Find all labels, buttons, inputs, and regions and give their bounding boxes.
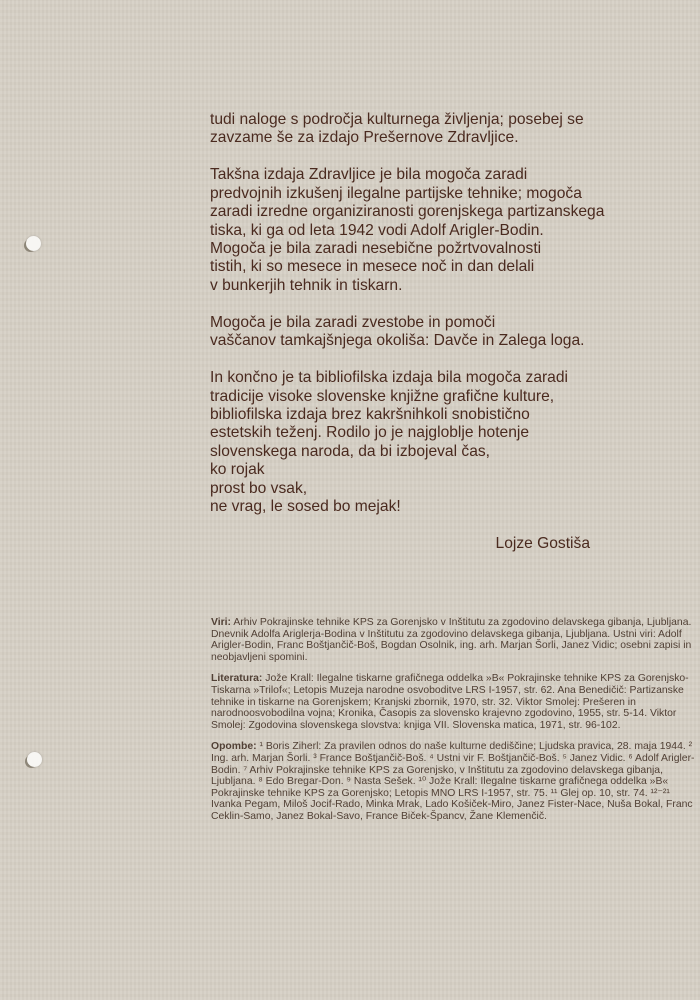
note-opombe: Opombe: ¹ Boris Ziherl: Za pravilen odno… [211, 741, 700, 822]
paragraph-4: In končno je ta bibliofilska izdaja bila… [210, 369, 630, 516]
notes-section: Viri: Arhiv Pokrajinske tehnike KPS za G… [211, 617, 700, 833]
paragraph-1: tudi naloge s področja kulturnega življe… [210, 111, 630, 148]
author-signature: Lojze Gostiša [210, 535, 630, 553]
note-opombe-label: Opombe: [211, 741, 257, 752]
note-opombe-text: ¹ Boris Ziherl: Za pravilen odnos do naš… [211, 741, 695, 822]
note-viri: Viri: Arhiv Pokrajinske tehnike KPS za G… [211, 617, 700, 663]
note-viri-text: Arhiv Pokrajinske tehnike KPS za Gorenjs… [211, 617, 691, 663]
paper-page: tudi naloge s področja kulturnega življe… [0, 0, 700, 1000]
paragraph-2: Takšna izdaja Zdravljice je bila mogoča … [210, 166, 630, 295]
note-viri-label: Viri: [211, 617, 231, 628]
note-literatura: Literatura: Jože Krall: Ilegalne tiskarn… [211, 673, 700, 731]
note-literatura-text: Jože Krall: Ilegalne tiskarne grafičnega… [211, 673, 689, 730]
note-literatura-label: Literatura: [211, 673, 262, 684]
punch-hole-bottom [27, 752, 42, 767]
punch-hole-top [26, 236, 41, 251]
main-text: tudi naloge s področja kulturnega življe… [210, 111, 630, 553]
paragraph-3: Mogoča je bila zaradi zvestobe in pomoči… [210, 314, 630, 351]
